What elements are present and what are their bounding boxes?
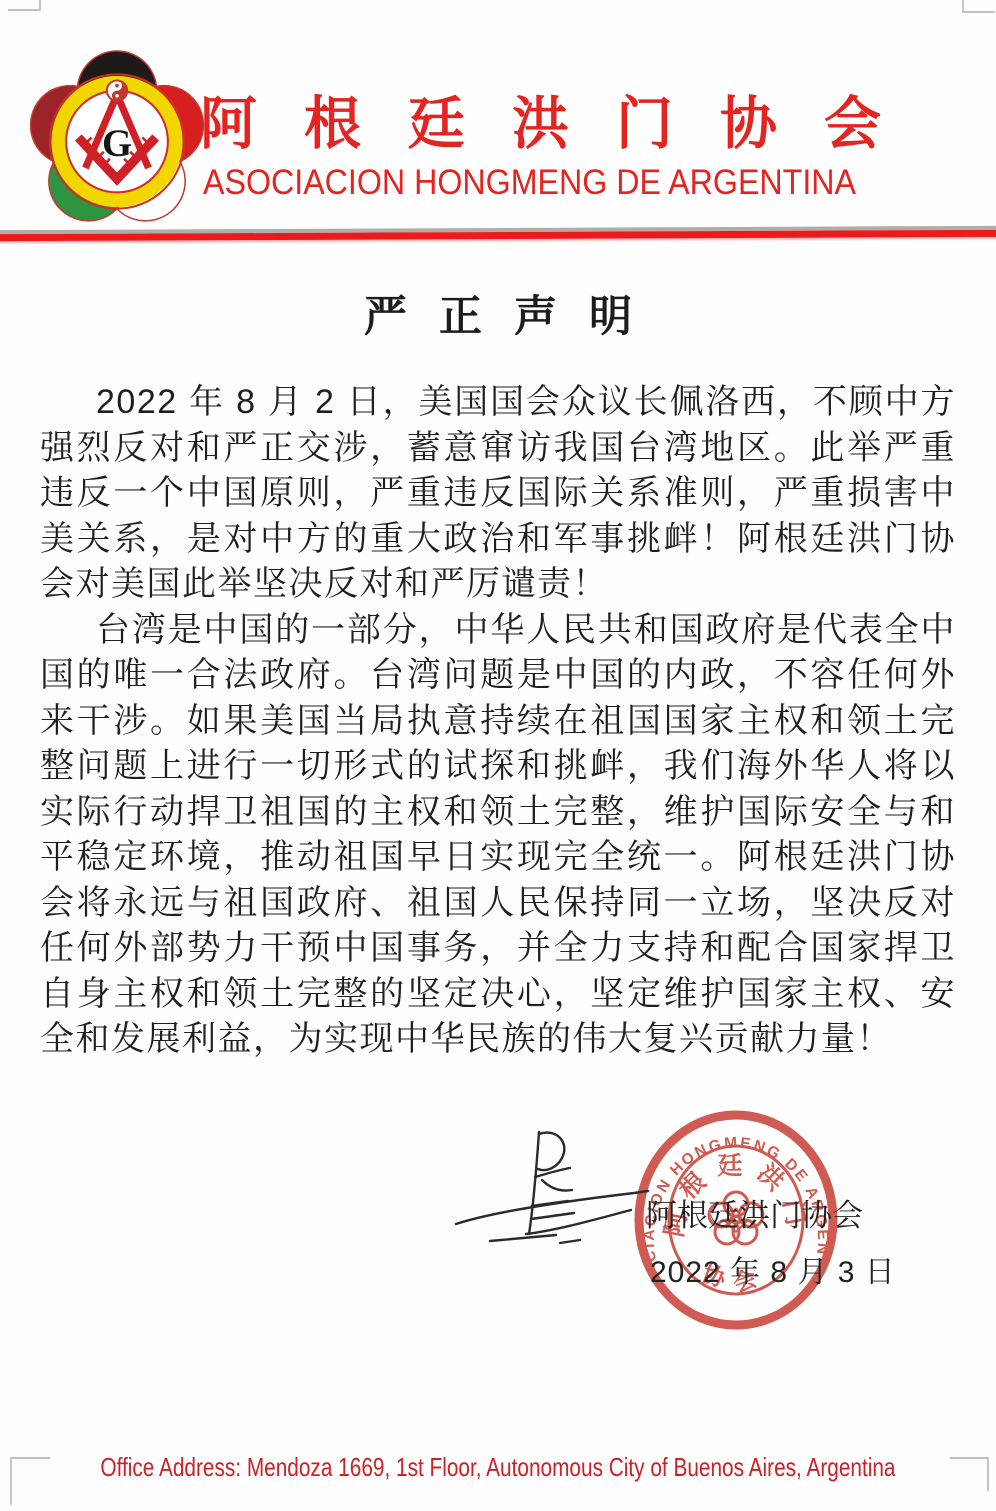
signature-date: 2022 年 8 月 3 日 xyxy=(650,1247,896,1291)
paragraph-1: 2022 年 8 月 2 日，美国国会众议长佩洛西，不顾中方强烈反对和严正交涉，… xyxy=(40,380,956,608)
logo-g-letter: G xyxy=(102,123,132,165)
statement-title: 严正声明 xyxy=(0,283,996,344)
org-name-spanish: ASOCIACION HONGMENG DE ARGENTINA xyxy=(203,163,856,203)
yin-yang-icon xyxy=(107,81,127,101)
office-address: Office Address: Mendoza 1669, 1st Floor,… xyxy=(100,1452,895,1483)
association-emblem-icon: G xyxy=(30,50,204,228)
handwritten-signature xyxy=(438,1122,653,1262)
paragraph-2: 台湾是中国的一部分，中华人民共和国政府是代表全中国的唯一合法政府。台湾问题是中国… xyxy=(40,608,956,1063)
statement-body: 2022 年 8 月 2 日，美国国会众议长佩洛西，不顾中方强烈反对和严正交涉，… xyxy=(40,380,956,1063)
statement-document: G 阿根廷洪门协会 ASOCIACION HONGMENG DE ARGENTI… xyxy=(0,0,996,1511)
signature-org-name: 阿根廷洪门协会 xyxy=(646,1190,863,1235)
scan-corner-mark xyxy=(8,0,41,11)
org-name-chinese: 阿根廷洪门协会 xyxy=(200,78,928,160)
scan-corner-mark xyxy=(962,0,995,13)
footer: Office Address: Mendoza 1669, 1st Floor,… xyxy=(0,1452,996,1483)
header-divider xyxy=(0,226,996,241)
